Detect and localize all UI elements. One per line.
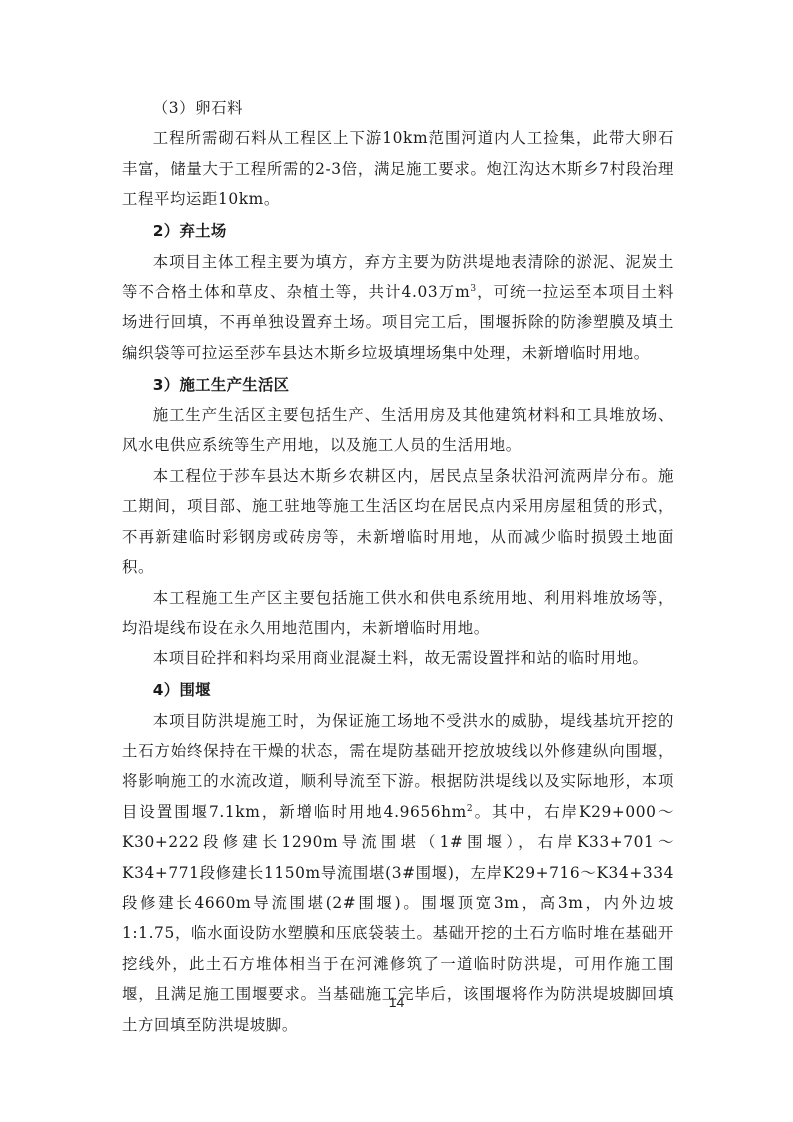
heading-construction-living-area: 3）施工生产生活区 xyxy=(122,370,674,400)
document-page: （3）卵石料 工程所需砌石料从工程区上下游10km范围河道内人工捡集，此带大卵石… xyxy=(122,93,674,1040)
paragraph-living-area-3: 本工程施工生产区主要包括施工供水和供电系统用地、利用料堆放场等，均沿堤线布设在永… xyxy=(122,583,674,644)
paragraph-spoil-ground: 本项目主体工程主要为填方，弃方主要为防洪堤地表清除的淤泥、泥炭土等不合格土体和草… xyxy=(122,247,674,369)
paragraph-pebble-material: 工程所需砌石料从工程区上下游10km范围河道内人工捡集，此带大卵石丰富，储量大于… xyxy=(122,123,674,214)
paragraph-living-area-1: 施工生产生活区主要包括生产、生活用房及其他建筑材料和工具堆放场、风水电供应系统等… xyxy=(122,400,674,461)
heading-spoil-ground: 2）弃土场 xyxy=(122,216,674,246)
paragraph-living-area-2: 本工程位于莎车县达木斯乡农耕区内，居民点呈条状沿河流两岸分布。施工期间，项目部、… xyxy=(122,461,674,583)
heading-cofferdam: 4）围堰 xyxy=(122,675,674,705)
page-number: 14 xyxy=(0,994,793,1010)
subheading-pebble-material: （3）卵石料 xyxy=(122,93,674,123)
paragraph-living-area-4: 本项目砼拌和料均采用商业混凝土料，故无需设置拌和站的临时用地。 xyxy=(122,643,674,673)
paragraph-cofferdam: 本项目防洪堤施工时，为保证施工场地不受洪水的威胁，堤线基坑开挖的土石方始终保持在… xyxy=(122,706,674,1040)
